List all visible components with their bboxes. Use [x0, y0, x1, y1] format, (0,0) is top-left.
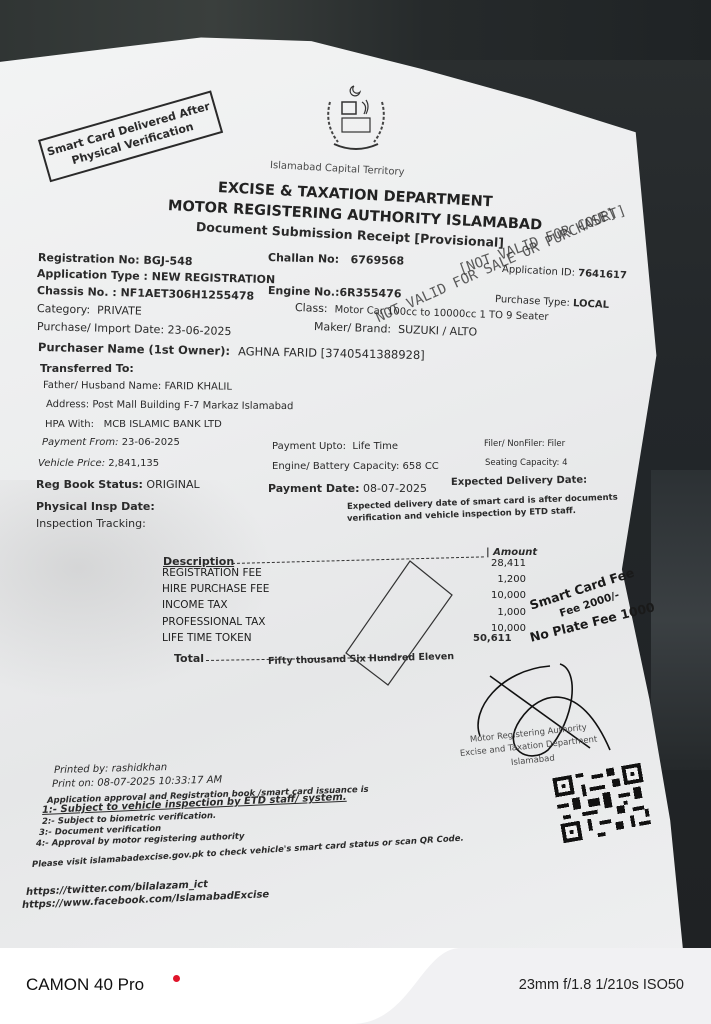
rubber-stamp-icon [330, 555, 460, 695]
fee-row: REGISTRATION FEE [162, 567, 262, 579]
photo-background: Islamabad Capital Territory Smart Card D… [0, 0, 711, 948]
fee-total-label: Total [174, 652, 204, 665]
engine-capacity-field: Engine/ Battery Capacity: 658 CC [272, 461, 439, 472]
fee-amount-header: | Amount [486, 547, 537, 558]
transferred-to-label: Transferred To: [40, 362, 134, 375]
fee-row: INCOME TAX [162, 599, 228, 611]
filer-field: Filer/ NonFiler: Filer [484, 439, 565, 449]
payment-upto-field: Payment Upto: Life Time [272, 441, 398, 452]
camera-exif: 23mm f/1.8 1/210s ISO50 [519, 977, 684, 993]
camera-brand: CAMON 40 Pro [26, 975, 144, 995]
government-emblem-icon [320, 82, 392, 160]
fee-row: HIRE PURCHASE FEE [162, 583, 269, 595]
fee-amount: 1,000 [466, 607, 526, 618]
fee-amount: 28,411 [466, 558, 526, 569]
brand-dot-icon [173, 975, 180, 982]
fee-row: PROFESSIONAL TAX [162, 616, 265, 628]
father-name-field: Father/ Husband Name: FARID KHALIL [43, 380, 232, 393]
fee-amount: 1,200 [466, 574, 526, 585]
fee-row: LIFE TIME TOKEN [162, 632, 252, 644]
hpa-field: HPA With: MCB ISLAMIC BANK LTD [45, 419, 222, 430]
category-field: Category: PRIVATE [37, 302, 142, 318]
physical-insp-date-field: Physical Insp Date: [36, 500, 155, 513]
seating-capacity-field: Seating Capacity: 4 [485, 458, 568, 468]
payment-date-field: Payment Date: 08-07-2025 [268, 482, 427, 495]
camera-watermark-bar: CAMON 40 Pro 23mm f/1.8 1/210s ISO50 [0, 948, 711, 1024]
reg-book-status-field: Reg Book Status: ORIGINAL [36, 478, 200, 491]
address-field: Address: Post Mall Building F-7 Markaz I… [46, 399, 294, 412]
payment-from-field: Payment From: 23-06-2025 [42, 437, 180, 448]
vehicle-price-field: Vehicle Price: 2,841,135 [38, 458, 159, 469]
inspection-tracking-field: Inspection Tracking: [36, 517, 146, 530]
fee-amount: 10,000 [466, 590, 526, 601]
car-console [651, 470, 711, 770]
